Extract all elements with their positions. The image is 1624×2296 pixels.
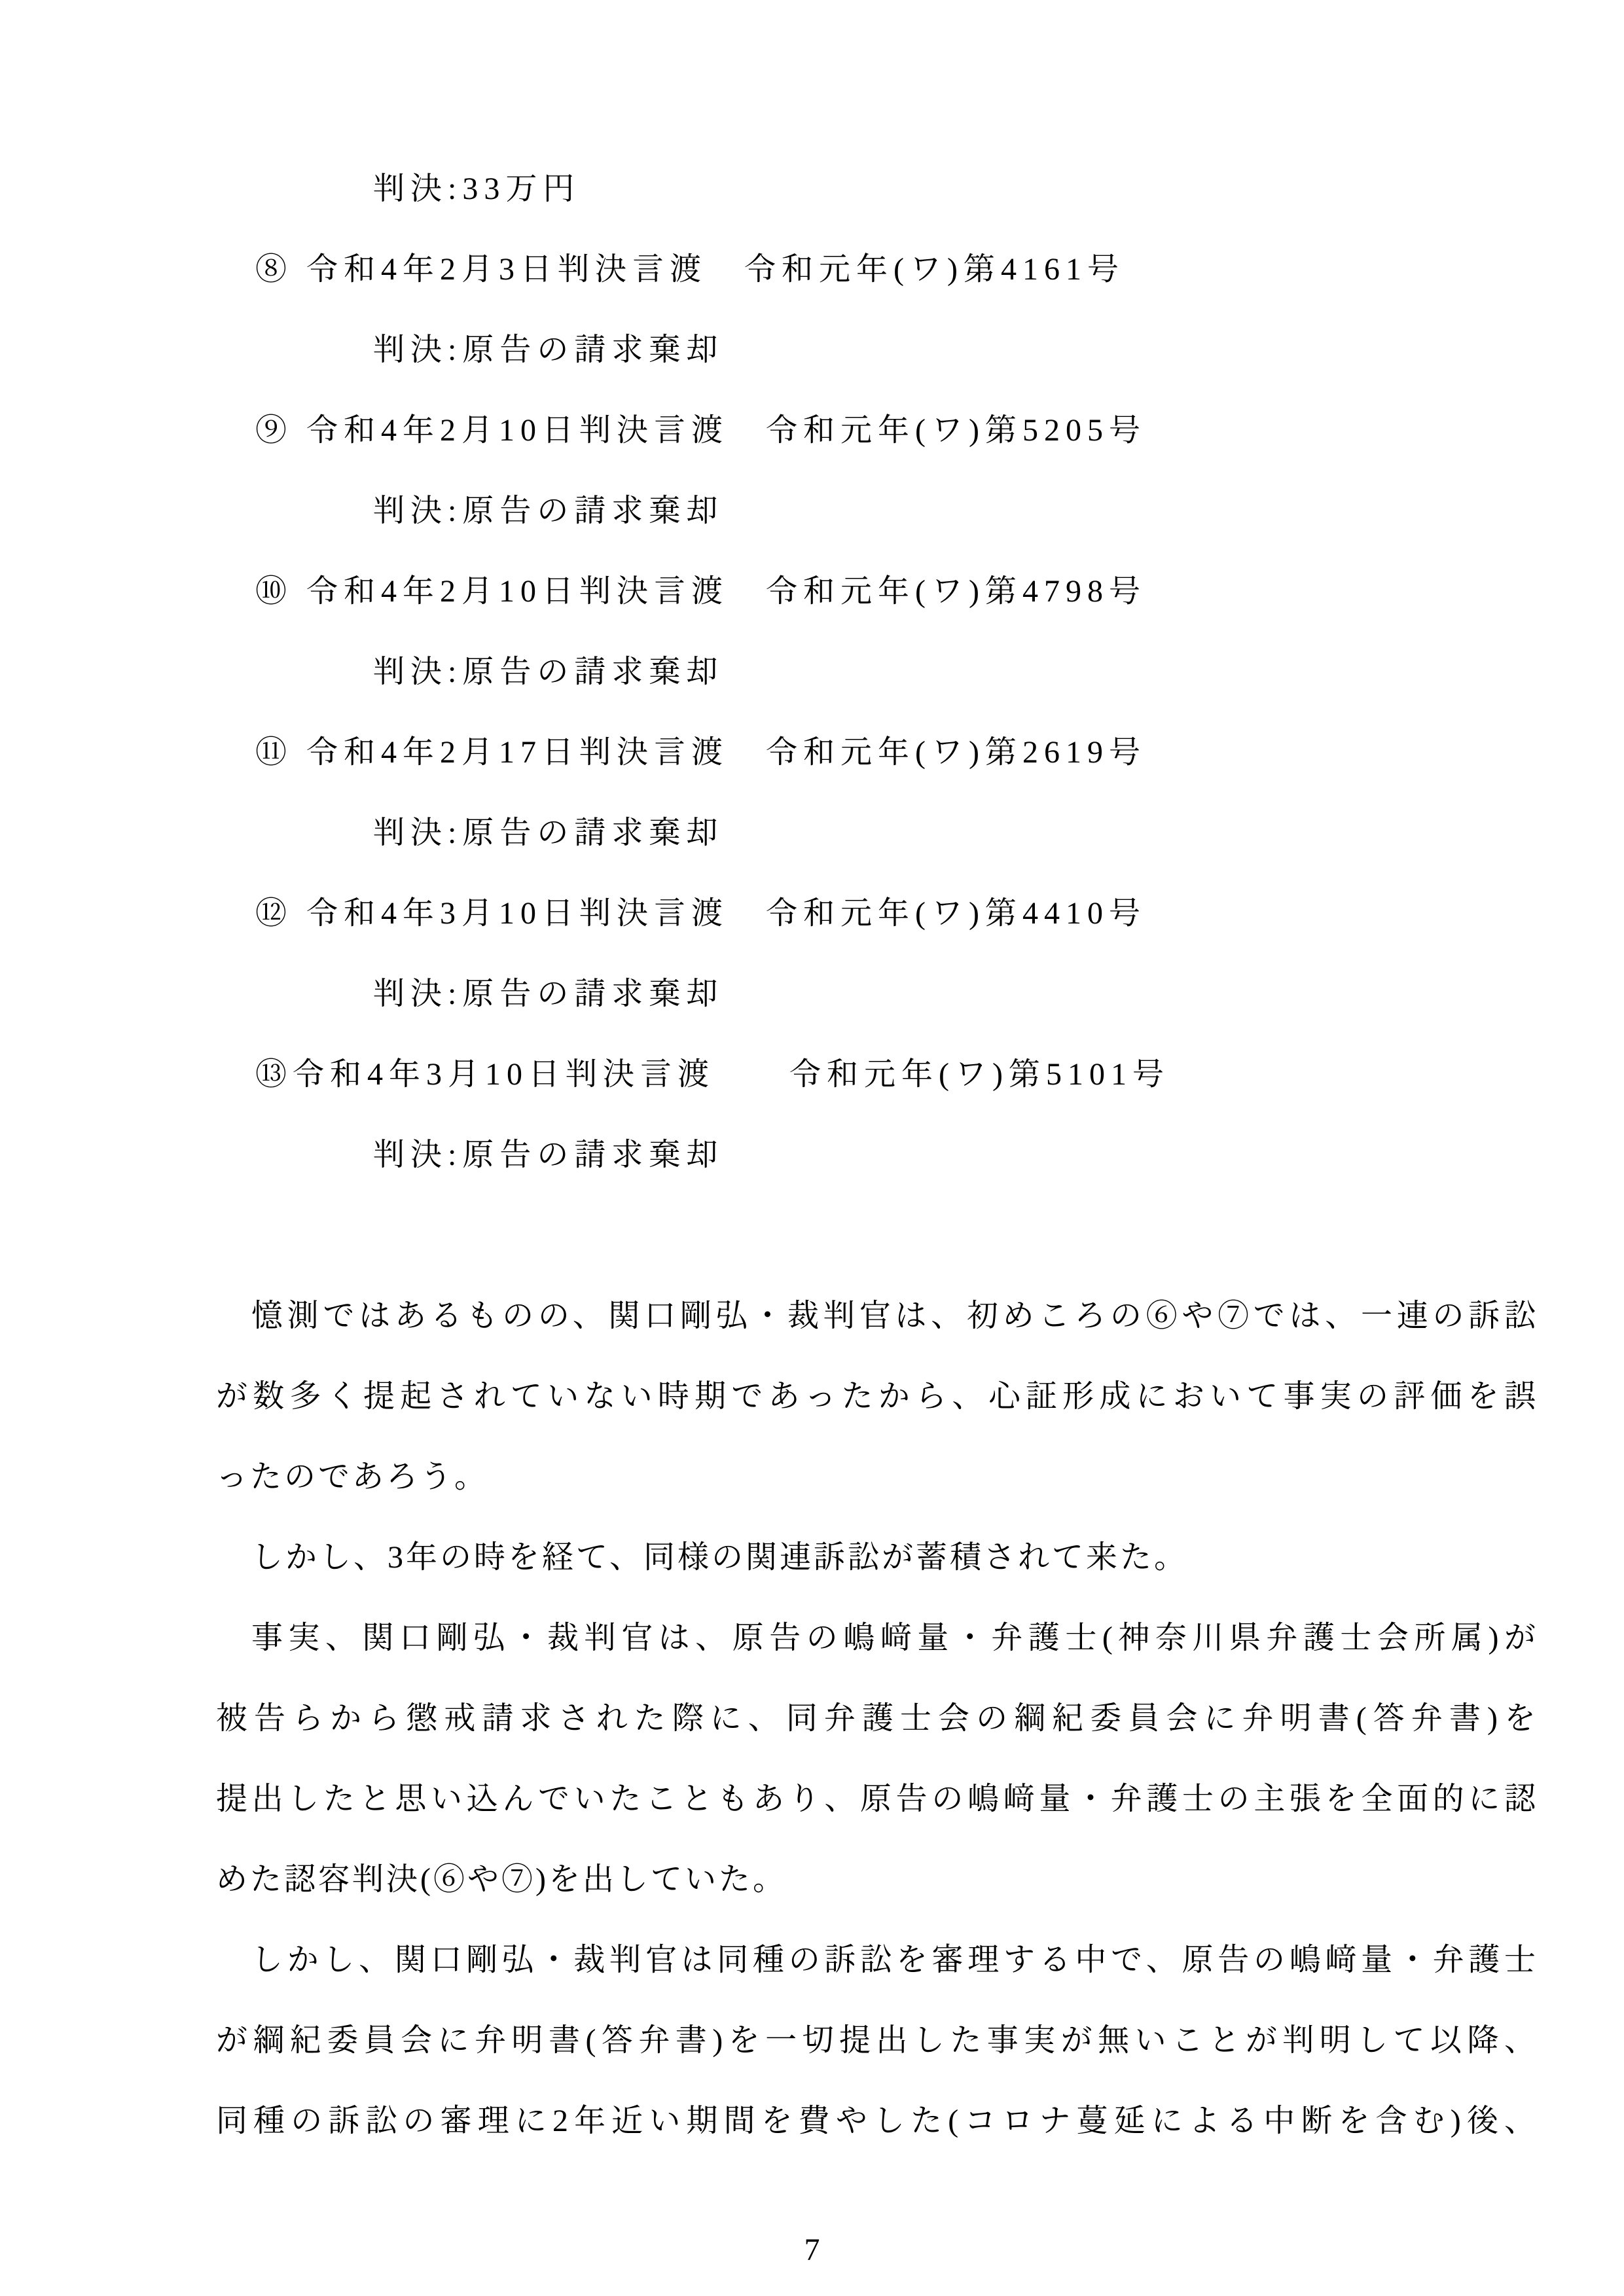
judgment-item-11-date: ⑪ 令和4年2月17日判決言渡 令和元年(ワ)第2619号 (255, 712, 1538, 793)
document-content: 判決:33万円 ⑧ 令和4年2月3日判決言渡 令和元年(ワ)第4161号 判決:… (216, 149, 1538, 2161)
body-line: しかし、関口剛弘・裁判官は同種の訴訟を審理する中で、原告の嶋﨑量・弁護士 (216, 1920, 1538, 2000)
body-line: 事実、関口剛弘・裁判官は、原告の嶋﨑量・弁護士(神奈川県弁護士会所属)が (216, 1598, 1538, 1678)
body-line: 被告らから懲戒請求された際に、同弁護士会の綱紀委員会に弁明書(答弁書)を (216, 1678, 1538, 1759)
body-line: しかし、3年の時を経て、同様の関連訴訟が蓄積されて来た。 (216, 1517, 1538, 1598)
body-line: 提出したと思い込んでいたこともあり、原告の嶋﨑量・弁護士の主張を全面的に認 (216, 1759, 1538, 1839)
body-line: めた認容判決(⑥や⑦)を出していた。 (216, 1839, 1538, 1920)
judgment-item-12-date: ⑫ 令和4年3月10日判決言渡 令和元年(ワ)第4410号 (255, 873, 1538, 954)
judgment-item-13-result: 判決:原告の請求棄却 (373, 1115, 1538, 1195)
document-page: 判決:33万円 ⑧ 令和4年2月3日判決言渡 令和元年(ワ)第4161号 判決:… (0, 0, 1624, 2296)
judgment-item-11-result: 判決:原告の請求棄却 (373, 793, 1538, 873)
judgment-item-8-date: ⑧ 令和4年2月3日判決言渡 令和元年(ワ)第4161号 (255, 229, 1538, 310)
body-line: 同種の訴訟の審理に2年近い期間を費やした(コロナ蔓延による中断を含む)後、 (216, 2081, 1538, 2161)
blank-line (216, 1195, 1538, 1276)
body-line: 憶測ではあるものの、関口剛弘・裁判官は、初めころの⑥や⑦では、一連の訴訟 (216, 1276, 1538, 1356)
judgment-item-8-result: 判決:原告の請求棄却 (373, 310, 1538, 390)
body-line: が綱紀委員会に弁明書(答弁書)を一切提出した事実が無いことが判明して以降、 (216, 2000, 1538, 2081)
judgment-item-9-date: ⑨ 令和4年2月10日判決言渡 令和元年(ワ)第5205号 (255, 390, 1538, 471)
body-line: ったのであろう。 (216, 1437, 1538, 1517)
judgment-item-13-date: ⑬令和4年3月10日判決言渡 令和元年(ワ)第5101号 (255, 1034, 1538, 1115)
body-line: が数多く提起されていない時期であったから、心証形成において事実の評価を誤 (216, 1356, 1538, 1437)
judgment-item-10-result: 判決:原告の請求棄却 (373, 632, 1538, 712)
judgment-amount-line: 判決:33万円 (373, 149, 1538, 229)
page-number: 7 (0, 2210, 1624, 2290)
judgment-item-9-result: 判決:原告の請求棄却 (373, 471, 1538, 551)
judgment-item-10-date: ⑩ 令和4年2月10日判決言渡 令和元年(ワ)第4798号 (255, 551, 1538, 632)
judgment-item-12-result: 判決:原告の請求棄却 (373, 954, 1538, 1034)
